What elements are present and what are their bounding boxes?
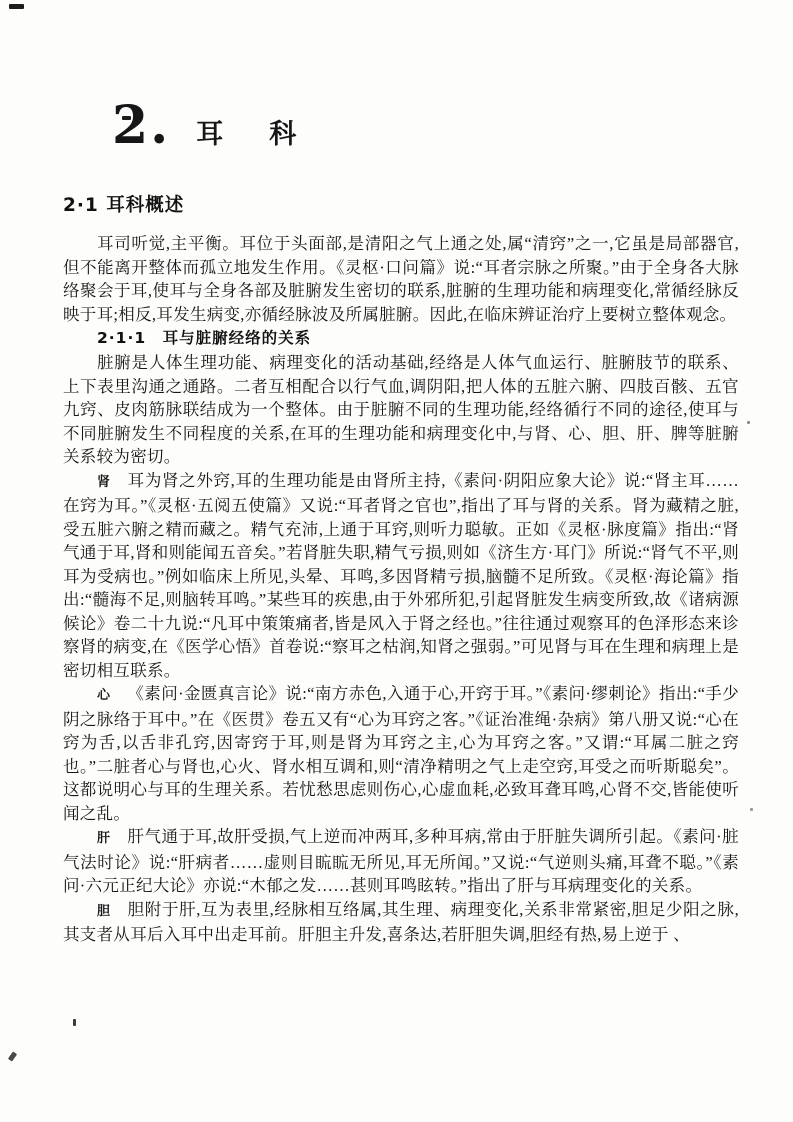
subsection-heading: 2·1·1 耳与脏腑经络的关系 <box>63 326 739 351</box>
chapter-title: 2. 耳 科 <box>112 98 296 154</box>
organ-paragraph-gallbladder: 胆胆附于肝,互为表里,经脉相互络属,其生理、病理变化,关系非常紧密,胆足少阳之脉… <box>63 898 739 947</box>
organ-label-gallbladder: 胆 <box>97 904 111 919</box>
organ-text-kidney: 耳为肾之外窍,耳的生理功能是由肾所主持,《素问·阴阳应象大论》说:“肾主耳……在… <box>63 471 739 680</box>
scan-speck <box>750 808 753 811</box>
organ-text-liver: 肝气通于耳,故肝受损,气上逆而冲两耳,多种耳病,常由于肝脏失调所引起。《素问·脏… <box>63 827 739 895</box>
scan-speck <box>9 4 24 9</box>
organ-label-heart: 心 <box>97 688 110 703</box>
organ-paragraph-liver: 肝肝气通于耳,故肝受损,气上逆而冲两耳,多种耳病,常由于肝脏失调所引起。《素问·… <box>63 825 739 898</box>
text-column: 2·1 耳科概述 耳司听觉,主平衡。耳位于头面部,是清阳之气上通之处,属“清窍”… <box>63 195 739 947</box>
scan-speck <box>747 421 750 424</box>
chapter-title-char-1: 耳 <box>196 112 223 151</box>
scan-speck <box>73 1019 76 1026</box>
chapter-number: 2. <box>112 98 170 154</box>
organ-paragraph-heart: 心《素问·金匮真言论》说:“南方赤色,入通于心,开窍于耳。”《素问·缪刺论》指出… <box>63 682 739 825</box>
organ-paragraph-kidney: 肾耳为肾之外窍,耳的生理功能是由肾所主持,《素问·阴阳应象大论》说:“肾主耳……… <box>63 469 739 683</box>
section-heading: 2·1 耳科概述 <box>63 195 739 217</box>
organ-label-liver: 肝 <box>97 831 111 846</box>
intro-paragraph: 耳司听觉,主平衡。耳位于头面部,是清阳之气上通之处,属“清窍”之一,它虽是局部器… <box>63 232 739 326</box>
subsection-paragraph: 脏腑是人体生理功能、病理变化的活动基础,经络是人体气血运行、脏腑肢节的联系、上下… <box>63 351 739 469</box>
organ-text-gallbladder: 胆附于肝,互为表里,经脉相互络属,其生理、病理变化,关系非常紧密,胆足少阳之脉,… <box>63 900 739 945</box>
chapter-title-char-2: 科 <box>269 112 296 151</box>
organ-label-kidney: 肾 <box>97 475 111 490</box>
book-page: 2. 耳 科 2·1 耳科概述 耳司听觉,主平衡。耳位于头面部,是清阳之气上通之… <box>0 0 793 1122</box>
organ-text-heart: 《素问·金匮真言论》说:“南方赤色,入通于心,开窍于耳。”《素问·缪刺论》指出:… <box>63 684 739 823</box>
scan-speck <box>8 1051 17 1061</box>
